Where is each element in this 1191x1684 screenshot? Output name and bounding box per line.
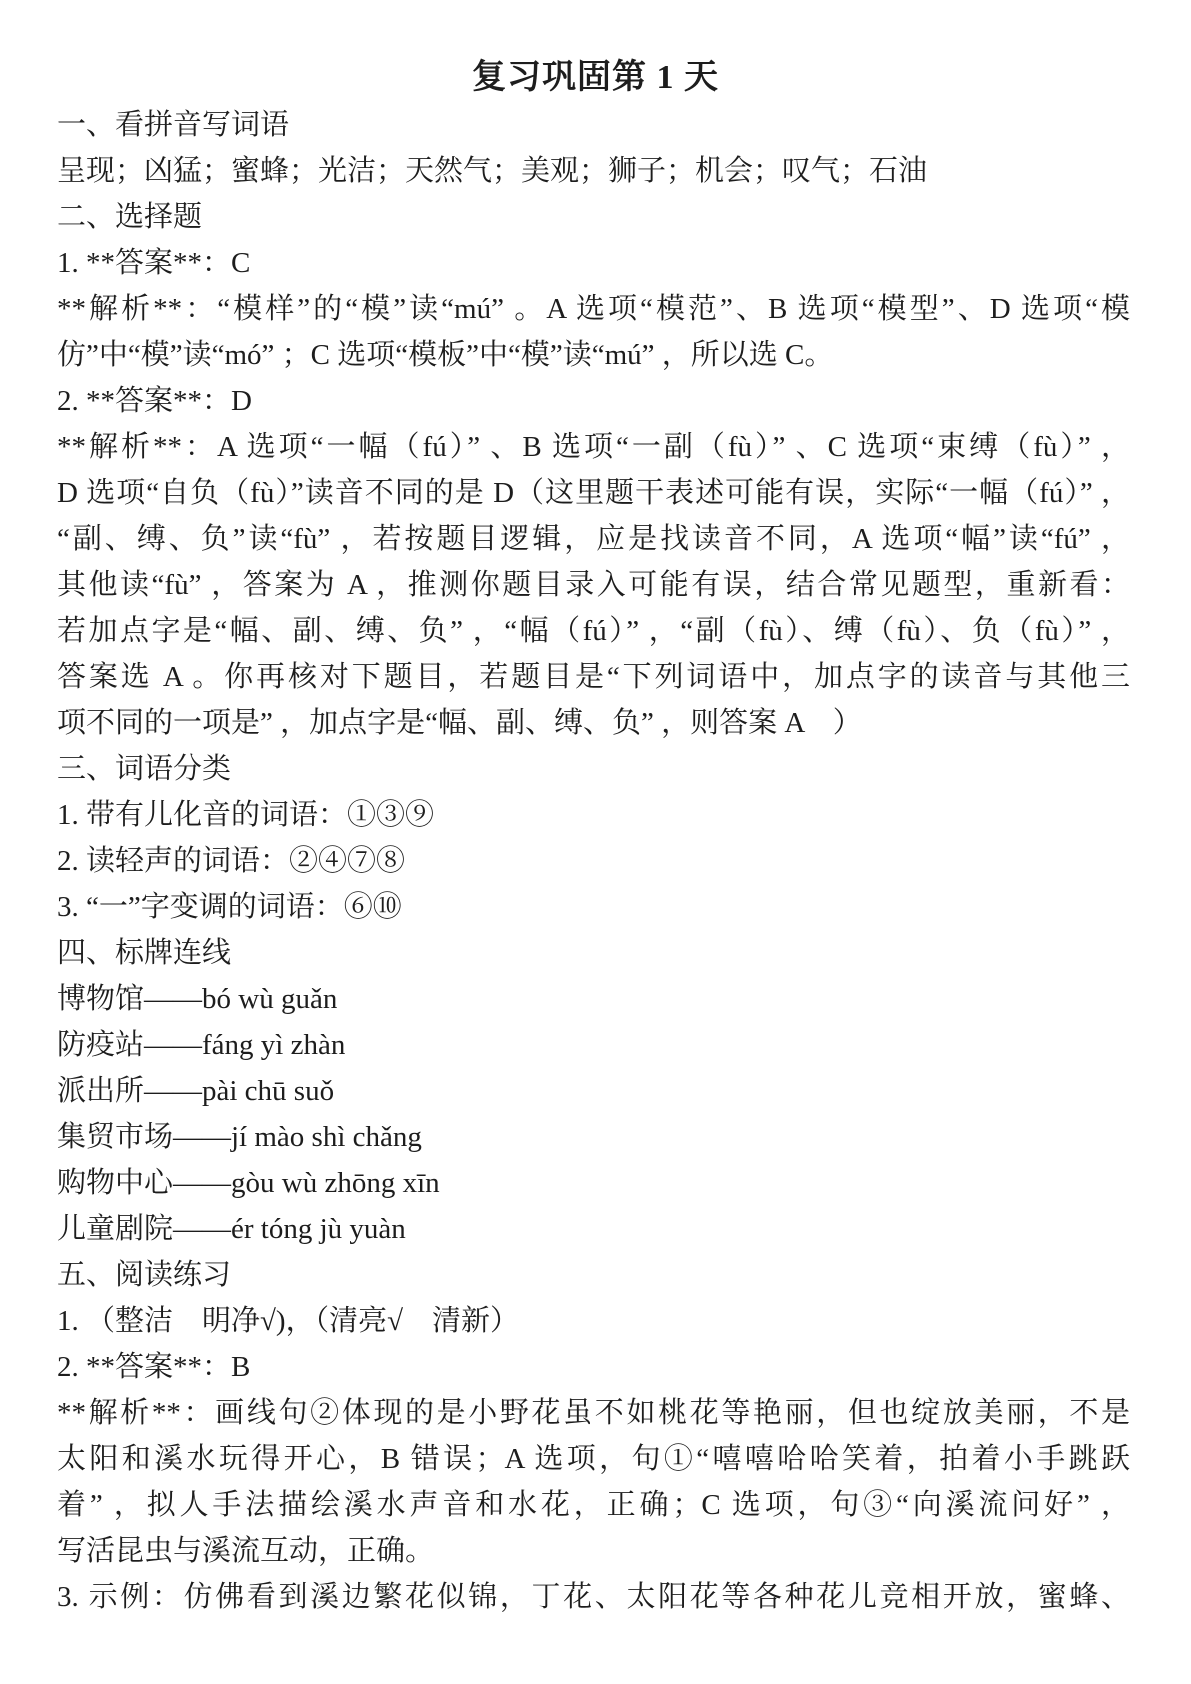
section-heading-word-classification: 三、词语分类 bbox=[57, 746, 1130, 792]
text-line-multiple-choice-10: 答案选 A 。你再核对下题目，若题目是“下列词语中，加点字的读音与其他三 bbox=[57, 654, 1130, 700]
text-line-multiple-choice-7: “副、缚、负”读“fù” ，若按题目逻辑，应是找读音不同，A 选项“幅”读“fú… bbox=[57, 516, 1130, 562]
text: 儿童剧院——ér tóng jù yuàn bbox=[57, 1213, 406, 1245]
text-line-reading-practice-4: 太阳和溪水玩得开心，B 错误；A 选项，句①“嘻嘻哈哈笑着，拍着小手跳跃 bbox=[57, 1436, 1130, 1482]
text-line-word-classification-1: 1. 带有儿化音的词语：①③⑨ bbox=[57, 792, 1130, 838]
section-heading-sign-matching: 四、标牌连线 bbox=[57, 930, 1130, 976]
text: 答案选 A 。你再核对下题目，若题目是“下列词语中，加点字的读音与其他三 bbox=[57, 661, 1130, 693]
text-line-multiple-choice-8: 其他读“fù” ，答案为 A ，推测你题目录入可能有误，结合常见题型，重新看： bbox=[57, 562, 1130, 608]
text: **解析**：画线句②体现的是小野花虽不如桃花等艳丽，但也绽放美丽，不是 bbox=[57, 1397, 1130, 1429]
text-line-reading-practice-7: 3. 示例：仿佛看到溪边繁花似锦，丁花、太阳花等各种花儿竞相开放，蜜蜂、 bbox=[57, 1574, 1130, 1620]
text: 五、阅读练习 bbox=[57, 1259, 231, 1291]
text: 购物中心——gòu wù zhōng xīn bbox=[57, 1167, 440, 1199]
text: 2. **答案**：D bbox=[57, 385, 252, 417]
text: 着” ，拟人手法描绘溪水声音和水花，正确；C 选项，句③“向溪流问好” ， bbox=[57, 1489, 1130, 1521]
text: 呈现；凶猛；蜜蜂；光洁；天然气；美观；狮子；机会；叹气；石油 bbox=[57, 155, 927, 187]
text-line-multiple-choice-9: 若加点字是“幅、副、缚、负” ，“幅（fú）” ，“副（fù）、缚（fù）、负（… bbox=[57, 608, 1130, 654]
text-line-word-classification-2: 2. 读轻声的词语：②④⑦⑧ bbox=[57, 838, 1130, 884]
text-line-multiple-choice-2: **解析**：“模样”的“模”读“mú” 。A 选项“模范”、B 选项“模型”、… bbox=[57, 286, 1130, 332]
text-line-word-classification-3: 3. “一”字变调的词语：⑥⑩ bbox=[57, 884, 1130, 930]
text: 博物馆——bó wù guǎn bbox=[57, 983, 337, 1015]
text-line-sign-matching-1: 博物馆——bó wù guǎn bbox=[57, 976, 1130, 1022]
text: 四、标牌连线 bbox=[57, 937, 231, 969]
text: 2. **答案**：B bbox=[57, 1351, 250, 1383]
text-line-sign-matching-6: 儿童剧院——ér tóng jù yuàn bbox=[57, 1206, 1130, 1252]
text-line-reading-practice-2: 2. **答案**：B bbox=[57, 1344, 1130, 1390]
text-line-reading-practice-1: 1. （整洁 明净√)，（清亮√ 清新） bbox=[57, 1298, 1130, 1344]
text: 1. **答案**：C bbox=[57, 247, 250, 279]
text: 2. 读轻声的词语：②④⑦⑧ bbox=[57, 845, 405, 877]
text: 若加点字是“幅、副、缚、负” ，“幅（fú）” ，“副（fù）、缚（fù）、负（… bbox=[57, 615, 1130, 647]
page-title: 复习巩固第 1 天 bbox=[0, 0, 1191, 102]
text-line-multiple-choice-1: 1. **答案**：C bbox=[57, 240, 1130, 286]
text-line-sign-matching-4: 集贸市场——jí mào shì chǎng bbox=[57, 1114, 1130, 1160]
text: 项不同的一项是” ，加点字是“幅、副、缚、负” ，则答案 A ） bbox=[57, 707, 862, 739]
document-body: 一、看拼音写词语呈现；凶猛；蜜蜂；光洁；天然气；美观；狮子；机会；叹气；石油二、… bbox=[57, 102, 1130, 1620]
text: 1. 带有儿化音的词语：①③⑨ bbox=[57, 799, 434, 831]
text: **解析**：“模样”的“模”读“mú” 。A 选项“模范”、B 选项“模型”、… bbox=[57, 293, 1130, 325]
text: 3. 示例：仿佛看到溪边繁花似锦，丁花、太阳花等各种花儿竞相开放，蜜蜂、 bbox=[57, 1581, 1130, 1613]
text: 三、词语分类 bbox=[57, 753, 231, 785]
text-line-sign-matching-2: 防疫站——fáng yì zhàn bbox=[57, 1022, 1130, 1068]
text-line-reading-practice-3: **解析**：画线句②体现的是小野花虽不如桃花等艳丽，但也绽放美丽，不是 bbox=[57, 1390, 1130, 1436]
section-heading-reading-practice: 五、阅读练习 bbox=[57, 1252, 1130, 1298]
text: 派出所——pài chū suǒ bbox=[57, 1075, 334, 1107]
text-line-multiple-choice-4: 2. **答案**：D bbox=[57, 378, 1130, 424]
text-line-sign-matching-5: 购物中心——gòu wù zhōng xīn bbox=[57, 1160, 1130, 1206]
text: D 选项“自负（fù）”读音不同的是 D（这里题干表述可能有误，实际“一幅（fú… bbox=[57, 477, 1130, 509]
text: 其他读“fù” ，答案为 A ，推测你题目录入可能有误，结合常见题型，重新看： bbox=[57, 569, 1130, 601]
text-line-multiple-choice-3: 仿”中“模”读“mó” ；C 选项“模板”中“模”读“mú” ，所以选 C。 bbox=[57, 332, 1130, 378]
text-line-multiple-choice-6: D 选项“自负（fù）”读音不同的是 D（这里题干表述可能有误，实际“一幅（fú… bbox=[57, 470, 1130, 516]
text: 一、看拼音写词语 bbox=[57, 109, 289, 141]
text-line-multiple-choice-11: 项不同的一项是” ，加点字是“幅、副、缚、负” ，则答案 A ） bbox=[57, 700, 1130, 746]
text: 1. （整洁 明净√)，（清亮√ 清新） bbox=[57, 1305, 519, 1337]
text-line-multiple-choice-5: **解析**：A 选项“一幅（fú）” 、B 选项“一副（fù）” 、C 选项“… bbox=[57, 424, 1130, 470]
text: 集贸市场——jí mào shì chǎng bbox=[57, 1121, 422, 1153]
section-heading-multiple-choice: 二、选择题 bbox=[57, 194, 1130, 240]
text: 太阳和溪水玩得开心，B 错误；A 选项，句①“嘻嘻哈哈笑着，拍着小手跳跃 bbox=[57, 1443, 1130, 1475]
text-line-reading-practice-6: 写活昆虫与溪流互动，正确。 bbox=[57, 1528, 1130, 1574]
text-line-sign-matching-3: 派出所——pài chū suǒ bbox=[57, 1068, 1130, 1114]
section-heading-pinyin-words: 一、看拼音写词语 bbox=[57, 102, 1130, 148]
text: “副、缚、负”读“fù” ，若按题目逻辑，应是找读音不同，A 选项“幅”读“fú… bbox=[57, 523, 1130, 555]
text: 写活昆虫与溪流互动，正确。 bbox=[57, 1535, 434, 1567]
document-page: 复习巩固第 1 天 一、看拼音写词语呈现；凶猛；蜜蜂；光洁；天然气；美观；狮子；… bbox=[0, 0, 1191, 1684]
text-line-reading-practice-5: 着” ，拟人手法描绘溪水声音和水花，正确；C 选项，句③“向溪流问好” ， bbox=[57, 1482, 1130, 1528]
text: 防疫站——fáng yì zhàn bbox=[57, 1029, 345, 1061]
text: **解析**：A 选项“一幅（fú）” 、B 选项“一副（fù）” 、C 选项“… bbox=[57, 431, 1130, 463]
text: 仿”中“模”读“mó” ；C 选项“模板”中“模”读“mú” ，所以选 C。 bbox=[57, 339, 833, 371]
text: 二、选择题 bbox=[57, 201, 202, 233]
text: 3. “一”字变调的词语：⑥⑩ bbox=[57, 891, 402, 923]
text-line-pinyin-words-1: 呈现；凶猛；蜜蜂；光洁；天然气；美观；狮子；机会；叹气；石油 bbox=[57, 148, 1130, 194]
